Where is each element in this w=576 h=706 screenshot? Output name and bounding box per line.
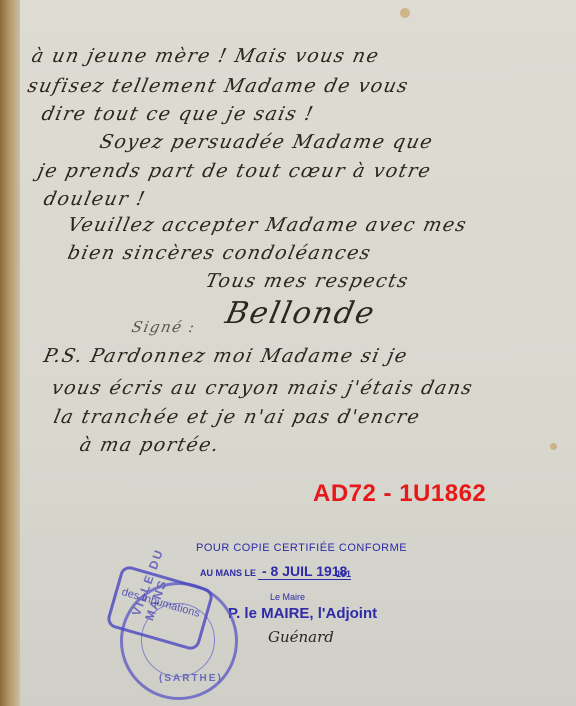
letter-line: douleur ! <box>42 188 148 210</box>
letter-closing: Tous mes respects <box>204 270 411 292</box>
mayor-title: Le Maire <box>270 592 305 602</box>
seal-department-text: (SARTHE) <box>159 673 223 684</box>
letter-line: dire tout ce que je sais ! <box>40 103 317 125</box>
signature: Bellonde <box>222 296 379 331</box>
archive-reference-label: AD72 - 1U1862 <box>313 480 486 508</box>
letter-line: je prends part de tout cœur à votre <box>36 160 434 182</box>
paper-stain <box>400 8 410 18</box>
place-prefix: AU MANS LE <box>200 568 256 578</box>
letter-line: à un jeune mère ! Mais vous ne <box>30 45 382 67</box>
postscript-line: la tranchée et je n'ai pas d'encre <box>52 406 423 428</box>
postscript-line: P.S. Pardonnez moi Madame si je <box>42 345 410 367</box>
year-suffix: 191 <box>336 569 351 579</box>
postscript-line: à ma portée. <box>78 434 222 456</box>
signed-label: Signé : <box>130 318 197 336</box>
certified-copy-text: POUR COPIE CERTIFIÉE CONFORME <box>196 542 407 554</box>
letter-line: sufisez tellement Madame de vous <box>26 75 411 97</box>
paper-stain <box>550 443 557 450</box>
letter-line: bien sincères condoléances <box>66 242 374 264</box>
deputy-signature: Guénard <box>268 628 334 646</box>
postscript-line: vous écris au crayon mais j'étais dans <box>50 377 476 399</box>
letter-line: Soyez persuadée Madame que <box>98 131 436 153</box>
seal-service-text: des Inhumations <box>120 586 201 620</box>
signatory: P. le MAIRE, l'Adjoint <box>228 605 377 622</box>
letter-line: Veuillez accepter Madame avec mes <box>66 214 470 236</box>
